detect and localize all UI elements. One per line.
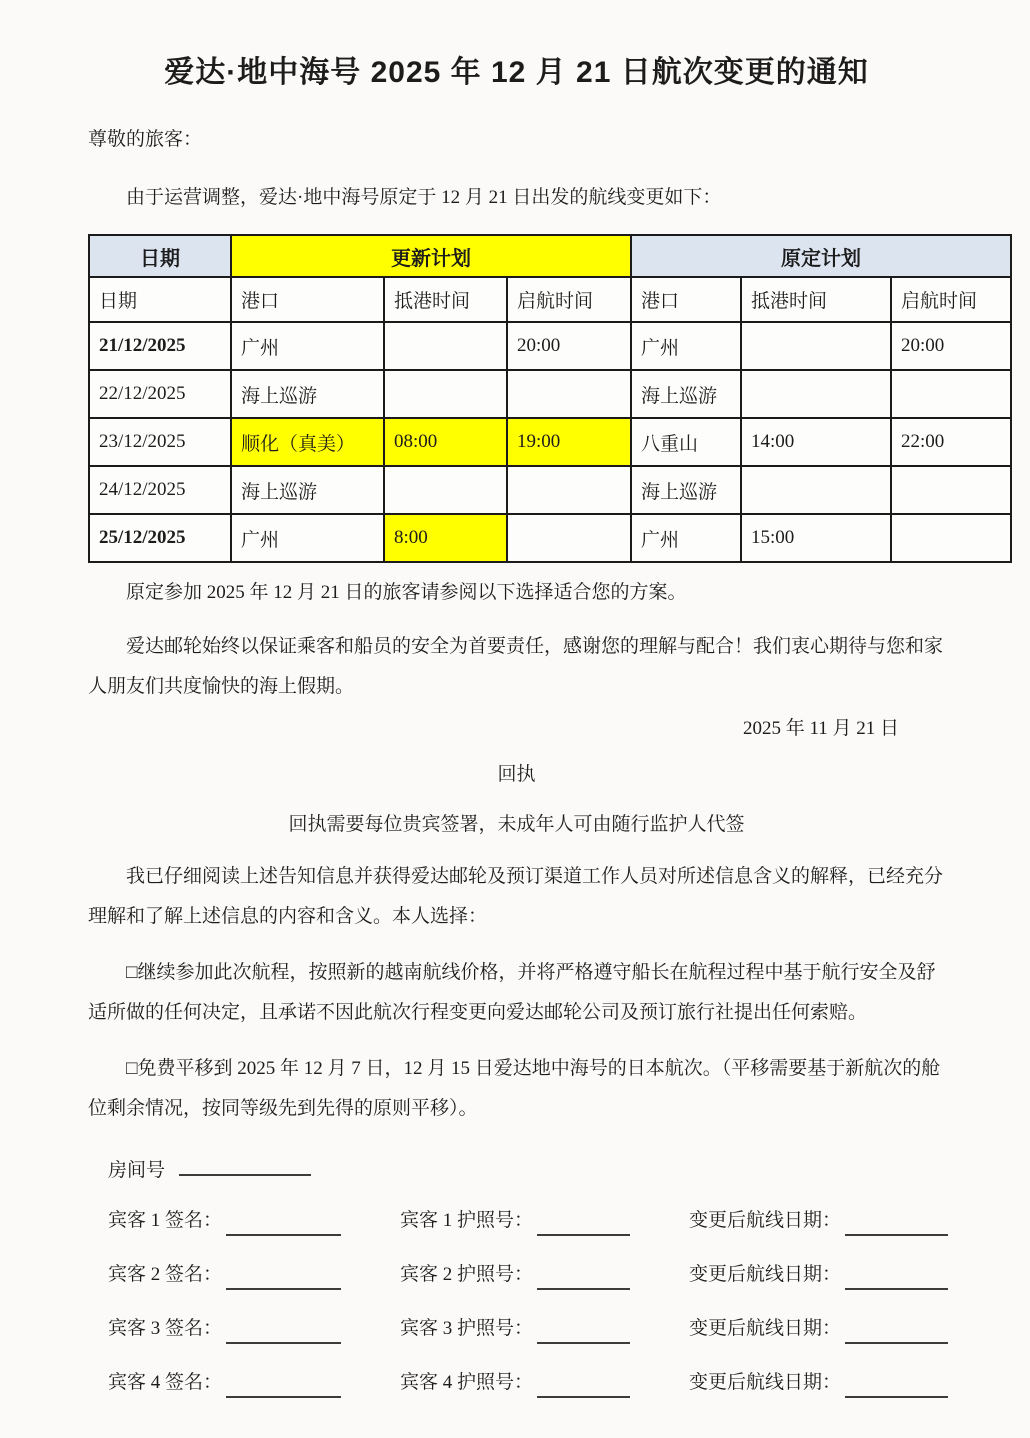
cell-old-depart	[891, 370, 1011, 418]
notice-document: 爱达·地中海号 2025 年 12 月 21 日航次变更的通知 尊敬的旅客： 由…	[0, 0, 1030, 1438]
cell-old-arrive	[741, 466, 891, 514]
table-row: 22/12/2025 海上巡游 海上巡游	[89, 370, 1011, 418]
subheader-new-port: 港口	[231, 277, 384, 322]
guest3-newdate-line[interactable]	[845, 1323, 948, 1344]
cell-new-port: 顺化（真美）	[231, 418, 384, 466]
option1-checkbox[interactable]: □	[126, 962, 137, 983]
cell-old-arrive: 15:00	[741, 514, 891, 562]
guest2-passport-line[interactable]	[537, 1269, 630, 1290]
guest1-signature-line[interactable]	[226, 1215, 341, 1236]
guest3-passport-label: 宾客 3 护照号：	[400, 1314, 533, 1344]
guest1-sign-label: 宾客 1 签名：	[108, 1206, 222, 1236]
room-number-row: 房间号	[88, 1155, 945, 1182]
cell-new-arrive: 8:00	[384, 514, 507, 562]
guest4-newdate-label: 变更后航线日期：	[689, 1368, 841, 1398]
subheader-old-port: 港口	[631, 277, 741, 322]
header-original-plan: 原定计划	[631, 235, 1011, 277]
guest3-passport-line[interactable]	[537, 1323, 630, 1344]
cell-old-depart	[891, 514, 1011, 562]
guest1-passport-line[interactable]	[537, 1215, 630, 1236]
option2-text: 免费平移到 2025 年 12 月 7 日，12 月 15 日爱达地中海号的日本…	[88, 1058, 940, 1119]
cell-new-depart: 20:00	[507, 322, 631, 370]
subheader-new-arrive: 抵港时间	[384, 277, 507, 322]
cell-old-port: 海上巡游	[631, 466, 741, 514]
cell-date: 23/12/2025	[89, 418, 231, 466]
guest2-newdate-line[interactable]	[845, 1269, 948, 1290]
cell-new-port: 广州	[231, 514, 384, 562]
cell-new-port: 海上巡游	[231, 466, 384, 514]
cell-date: 25/12/2025	[89, 514, 231, 562]
option1-text: 继续参加此次航程，按照新的越南航线价格，并将严格遵守船长在航程过程中基于航行安全…	[88, 962, 936, 1023]
guest2-passport-label: 宾客 2 护照号：	[400, 1260, 533, 1290]
table-row: 23/12/2025 顺化（真美） 08:00 19:00 八重山 14:00 …	[89, 418, 1011, 466]
guest4-signature-line[interactable]	[226, 1377, 341, 1398]
subheader-date: 日期	[89, 277, 231, 322]
cell-old-arrive	[741, 322, 891, 370]
guest3-sign-label: 宾客 3 签名：	[108, 1314, 222, 1344]
receipt-title: 回执	[88, 761, 945, 789]
cell-new-arrive	[384, 466, 507, 514]
guest2-sign-label: 宾客 2 签名：	[108, 1260, 222, 1290]
header-updated-plan: 更新计划	[231, 235, 631, 277]
cell-new-depart: 19:00	[507, 418, 631, 466]
guest2-newdate-label: 变更后航线日期：	[689, 1260, 841, 1290]
cell-old-port: 广州	[631, 322, 741, 370]
cell-old-arrive: 14:00	[741, 418, 891, 466]
cell-old-port: 八重山	[631, 418, 741, 466]
table-group-header-row: 日期 更新计划 原定计划	[89, 235, 1011, 277]
cell-old-depart: 22:00	[891, 418, 1011, 466]
receipt-subtitle: 回执需要每位贵宾签署，未成年人可由随行监护人代签	[88, 811, 945, 839]
table-row: 25/12/2025 广州 8:00 广州 15:00	[89, 514, 1011, 562]
option2-checkbox[interactable]: □	[126, 1058, 137, 1079]
room-number-label: 房间号	[108, 1160, 165, 1181]
option-continue-voyage: □继续参加此次航程，按照新的越南航线价格，并将严格遵守船长在航程过程中基于航行安…	[88, 953, 945, 1033]
cell-new-arrive	[384, 370, 507, 418]
guest1-passport-label: 宾客 1 护照号：	[400, 1206, 533, 1236]
cell-new-depart	[507, 466, 631, 514]
cell-new-port: 广州	[231, 322, 384, 370]
table-row: 21/12/2025 广州 20:00 广州 20:00	[89, 322, 1011, 370]
guest1-newdate-line[interactable]	[845, 1215, 948, 1236]
cell-old-depart: 20:00	[891, 322, 1011, 370]
option-transfer-voyage: □免费平移到 2025 年 12 月 7 日，12 月 15 日爱达地中海号的日…	[88, 1049, 945, 1129]
cell-old-depart	[891, 466, 1011, 514]
guest1-newdate-label: 变更后航线日期：	[689, 1206, 841, 1236]
guest2-signature-row: 宾客 2 签名： 宾客 2 护照号： 变更后航线日期：	[108, 1260, 948, 1290]
thanks-paragraph: 爱达邮轮始终以保证乘客和船员的安全为首要责任，感谢您的理解与配合！我们衷心期待与…	[88, 627, 945, 707]
page-title: 爱达·地中海号 2025 年 12 月 21 日航次变更的通知	[88, 50, 945, 96]
guest1-signature-row: 宾客 1 签名： 宾客 1 护照号： 变更后航线日期：	[108, 1206, 948, 1236]
subheader-old-arrive: 抵港时间	[741, 277, 891, 322]
itinerary-table: 日期 更新计划 原定计划 日期 港口 抵港时间 启航时间 港口 抵港时间 启航时…	[88, 234, 1012, 563]
room-number-line[interactable]	[179, 1155, 311, 1176]
salutation: 尊敬的旅客：	[88, 126, 945, 154]
guest2-signature-line[interactable]	[226, 1269, 341, 1290]
guest4-sign-label: 宾客 4 签名：	[108, 1368, 222, 1398]
guest3-signature-row: 宾客 3 签名： 宾客 3 护照号： 变更后航线日期：	[108, 1314, 948, 1344]
cell-date: 24/12/2025	[89, 466, 231, 514]
guest4-newdate-line[interactable]	[845, 1377, 948, 1398]
guest3-signature-line[interactable]	[226, 1323, 341, 1344]
guest4-passport-line[interactable]	[537, 1377, 630, 1398]
cell-new-depart	[507, 370, 631, 418]
table-column-header-row: 日期 港口 抵港时间 启航时间 港口 抵港时间 启航时间	[89, 277, 1011, 322]
intro-paragraph: 由于运营调整，爱达·地中海号原定于 12 月 21 日出发的航线变更如下：	[88, 184, 945, 212]
cell-new-port: 海上巡游	[231, 370, 384, 418]
cell-old-port: 广州	[631, 514, 741, 562]
guest4-signature-row: 宾客 4 签名： 宾客 4 护照号： 变更后航线日期：	[108, 1368, 948, 1398]
cell-old-port: 海上巡游	[631, 370, 741, 418]
guest4-passport-label: 宾客 4 护照号：	[400, 1368, 533, 1398]
cell-date: 22/12/2025	[89, 370, 231, 418]
issue-date: 2025 年 11 月 21 日	[88, 715, 945, 743]
subheader-new-depart: 启航时间	[507, 277, 631, 322]
cell-date: 21/12/2025	[89, 322, 231, 370]
header-date-group: 日期	[89, 235, 231, 277]
after-table-paragraph: 原定参加 2025 年 12 月 21 日的旅客请参阅以下选择适合您的方案。	[88, 579, 945, 607]
acknowledgement-paragraph: 我已仔细阅读上述告知信息并获得爱达邮轮及预订渠道工作人员对所述信息含义的解释，已…	[88, 857, 945, 937]
guest3-newdate-label: 变更后航线日期：	[689, 1314, 841, 1344]
cell-new-depart	[507, 514, 631, 562]
subheader-old-depart: 启航时间	[891, 277, 1011, 322]
cell-old-arrive	[741, 370, 891, 418]
cell-new-arrive	[384, 322, 507, 370]
table-row: 24/12/2025 海上巡游 海上巡游	[89, 466, 1011, 514]
cell-new-arrive: 08:00	[384, 418, 507, 466]
